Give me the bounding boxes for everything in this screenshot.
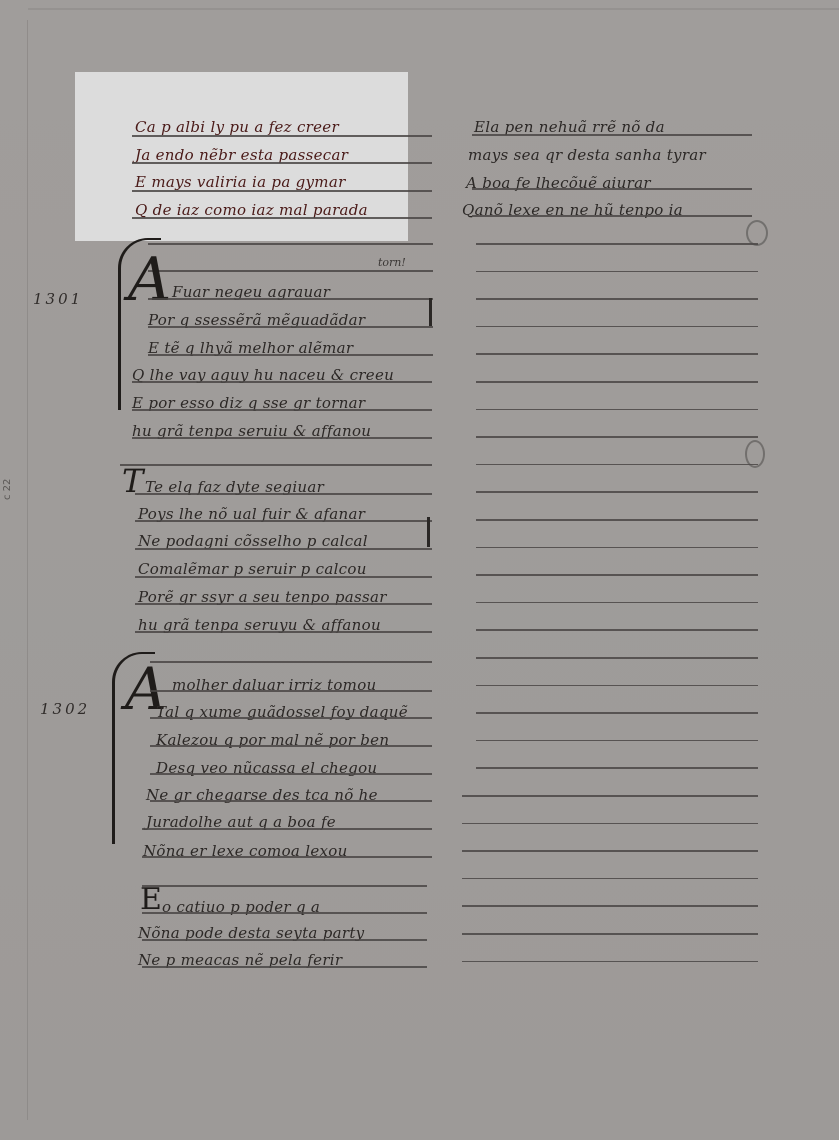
page-left-edge [27, 20, 28, 1120]
rule-line [476, 326, 758, 328]
rule-line [462, 878, 758, 880]
rule-line [476, 464, 758, 466]
rule-line [132, 437, 432, 439]
rule-line [132, 409, 432, 411]
margin-bracket [429, 298, 432, 326]
rule-line [462, 905, 758, 907]
rule-line [142, 885, 427, 887]
rule-line [476, 409, 758, 411]
rule-line [476, 519, 758, 521]
rule-line [142, 966, 427, 968]
rule-line [135, 548, 432, 550]
rule-line [476, 436, 758, 438]
margin-number-1301: 1301 [33, 290, 83, 308]
paper-mark [745, 440, 765, 468]
rule-line [135, 603, 432, 605]
rule-line [150, 773, 432, 775]
rule-line [476, 574, 758, 576]
margin-note: torn! [378, 256, 406, 269]
rule-line [476, 657, 758, 659]
rule-line [476, 491, 758, 493]
rule-line [150, 690, 432, 692]
rule-line [150, 800, 432, 802]
rule-line [120, 464, 432, 466]
rule-line [132, 162, 432, 164]
rule-line [148, 243, 433, 245]
vertical-margin-note: c 22 [2, 479, 13, 500]
rule-line [476, 767, 758, 769]
right-line-2: mays sea qr desta sanha tyrar [468, 146, 706, 164]
rule-line [148, 270, 433, 272]
rule-line [150, 717, 432, 719]
rule-line [476, 712, 758, 714]
rule-line [135, 520, 432, 522]
rule-line [132, 190, 432, 192]
rule-line [142, 828, 432, 830]
rule-line [132, 381, 432, 383]
rule-line [476, 629, 758, 631]
rule-line [462, 850, 758, 852]
rule-line [148, 326, 433, 328]
initial-letter: A [128, 245, 171, 315]
rule-line [476, 381, 758, 383]
stanza-0-line-3: E mays valiria ia pa gymar [135, 173, 346, 191]
margin-number-1302: 1302 [40, 700, 90, 718]
rule-line [472, 188, 752, 190]
rule-line [476, 740, 758, 742]
rule-line [135, 631, 432, 633]
rule-line [476, 271, 758, 273]
rule-line [476, 298, 758, 300]
rule-line [148, 298, 433, 300]
rule-line [132, 135, 432, 137]
page-top-edge [28, 8, 839, 10]
rule-line [476, 243, 758, 245]
margin-bracket [427, 517, 430, 547]
rule-line [150, 745, 432, 747]
rule-line [472, 215, 752, 217]
rule-line [476, 353, 758, 355]
stanza-0-line-1: Ca p albi ly pu a fez creer [135, 118, 339, 136]
rule-line [142, 939, 427, 941]
rule-line [476, 685, 758, 687]
rule-line [462, 933, 758, 935]
paper-mark [746, 220, 768, 246]
rule-line [135, 493, 432, 495]
rule-line [135, 576, 432, 578]
rule-line [142, 912, 427, 914]
rule-line [462, 795, 758, 797]
rule-line [142, 856, 432, 858]
rule-line [462, 961, 758, 963]
rule-line [472, 134, 752, 136]
rule-line [148, 354, 433, 356]
rule-line [132, 217, 432, 219]
rule-line [476, 547, 758, 549]
manuscript-page: c 22 Ca p albi ly pu a fez creer Ja endo… [0, 0, 839, 1140]
rule-line [476, 602, 758, 604]
rule-line [150, 661, 432, 663]
rule-line [462, 823, 758, 825]
